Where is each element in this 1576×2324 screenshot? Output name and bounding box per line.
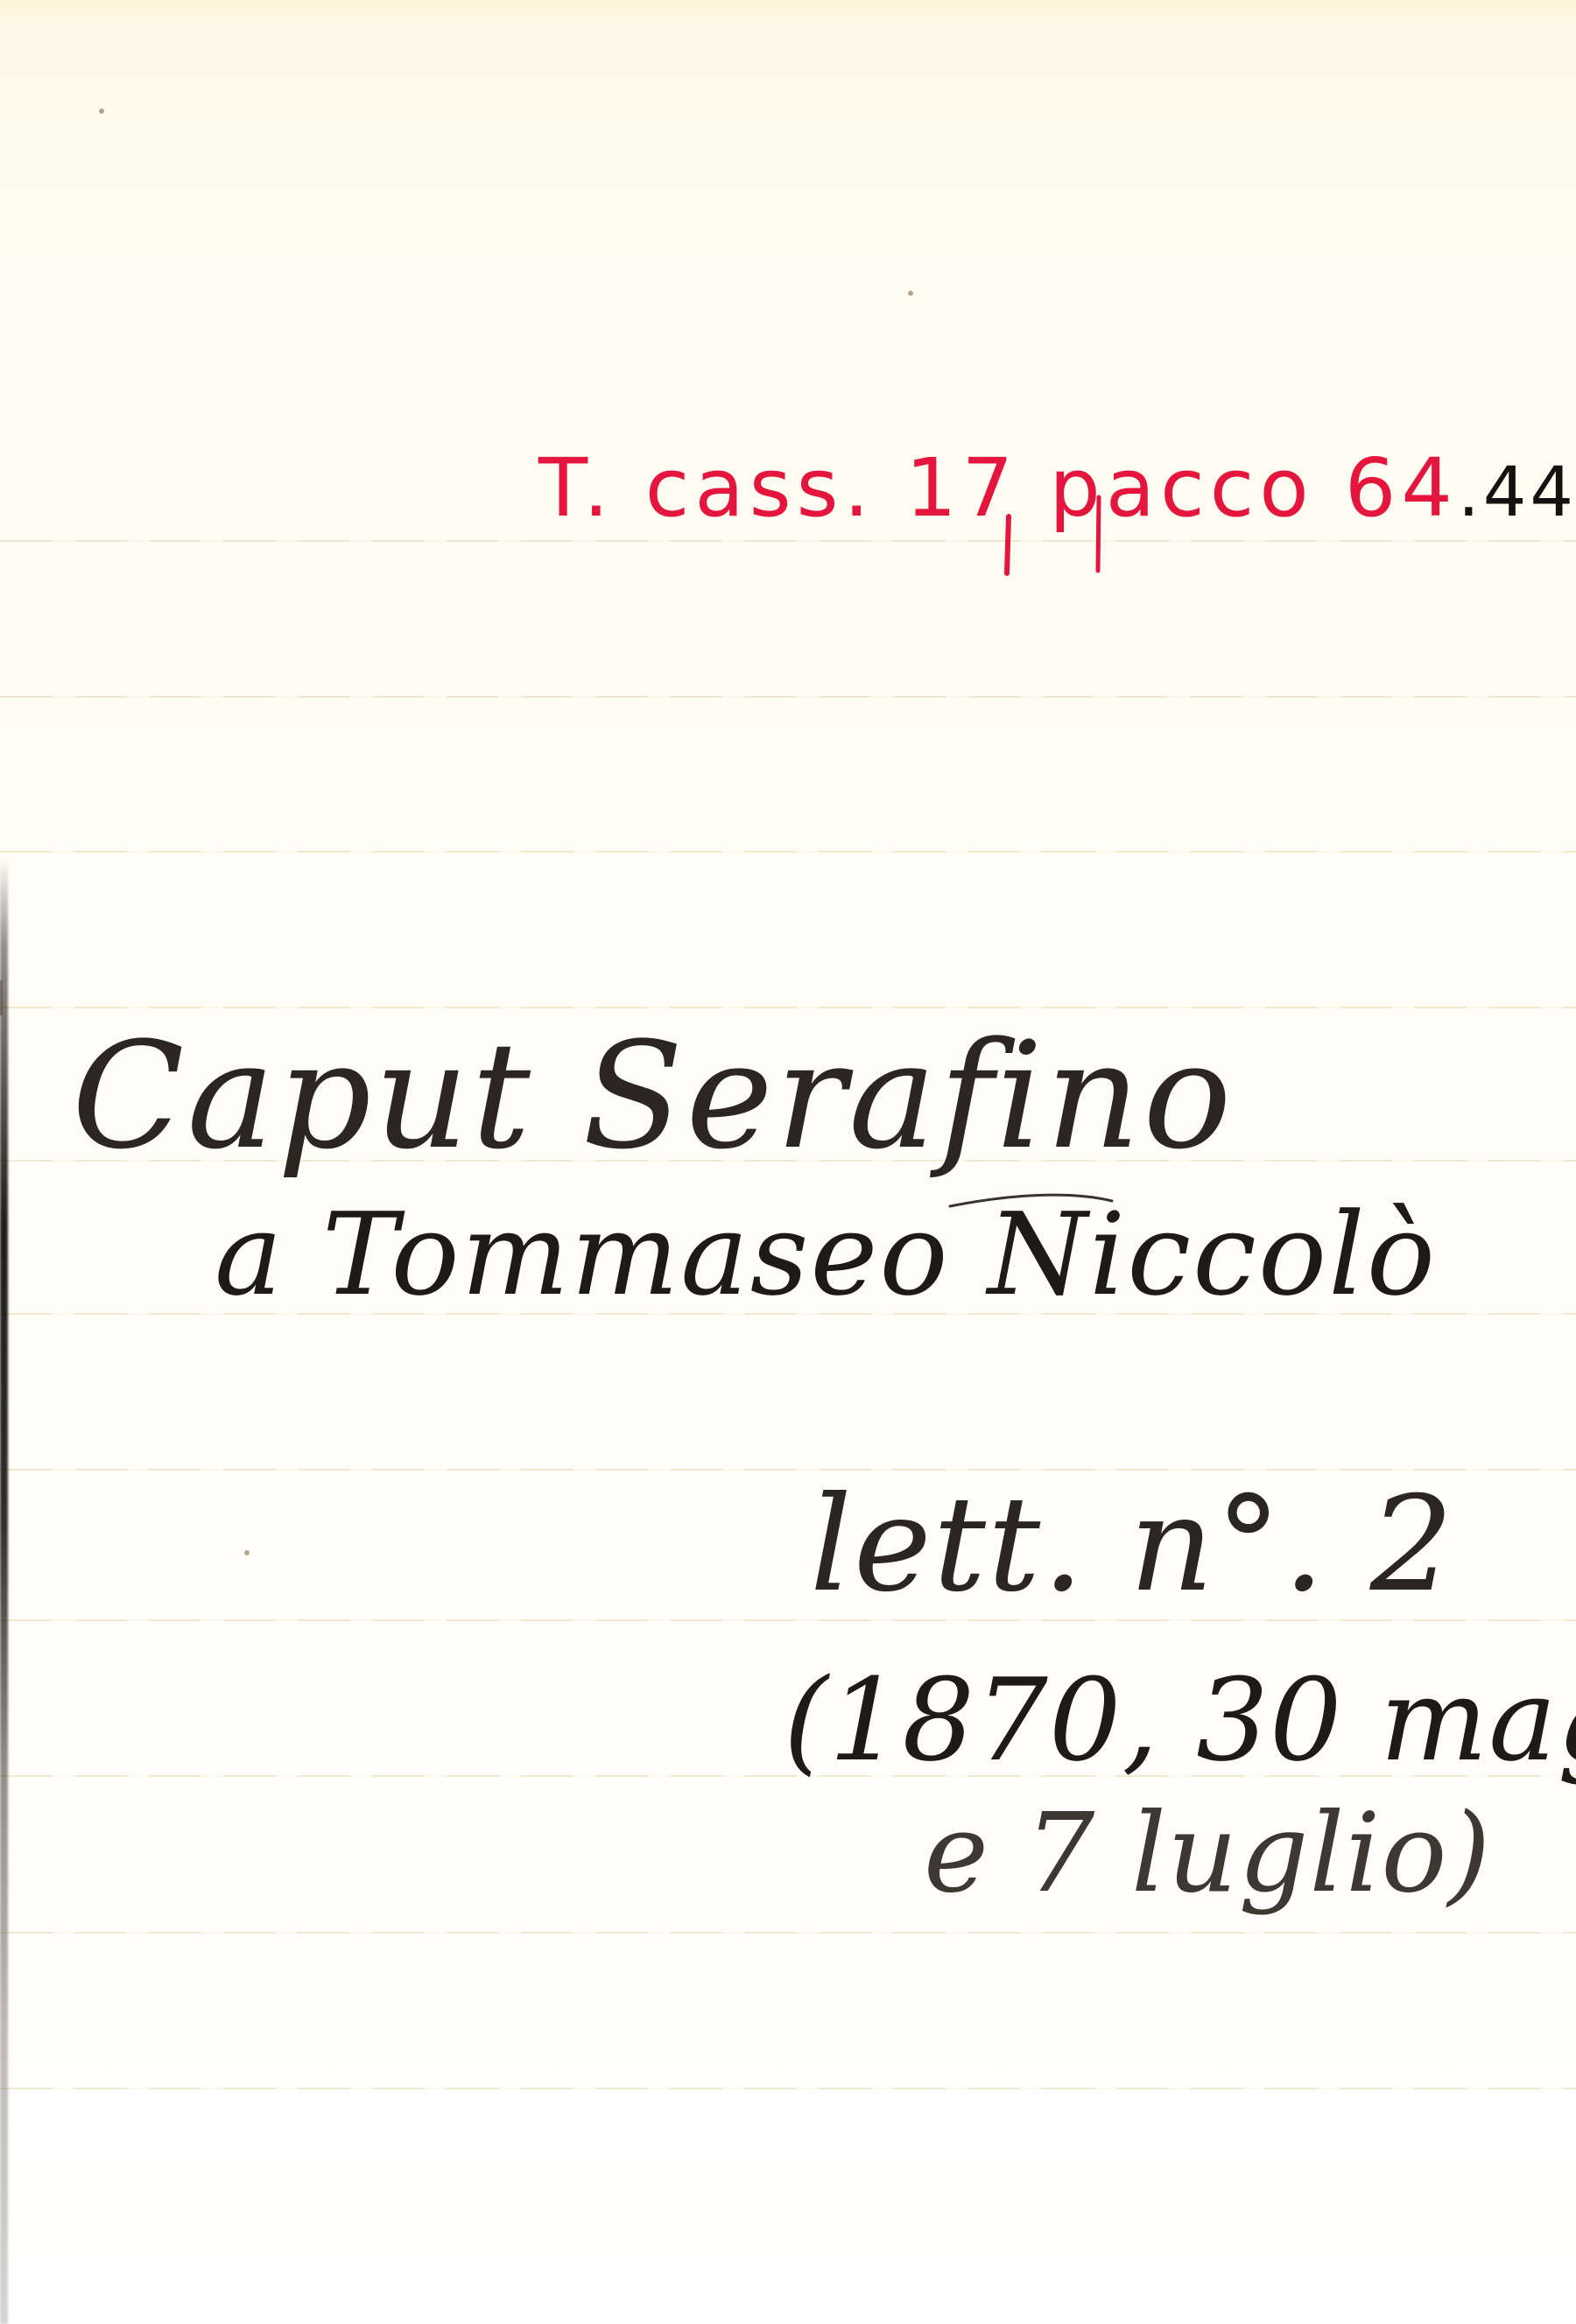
- date-line-2: e 7 luglio): [924, 1799, 1491, 1908]
- paper-speck: [908, 291, 913, 296]
- paper-speck: [244, 1550, 250, 1555]
- ruled-line: [0, 2088, 1576, 2089]
- recipient-name: a Tommaseo Niccolò: [215, 1197, 1437, 1311]
- page-edge-mark: [0, 980, 3, 1015]
- sender-name: Caput Serafino: [72, 1022, 1235, 1169]
- shelfmark-black: .44.: [1458, 453, 1576, 532]
- letters-count: lett. n°. 2: [810, 1479, 1455, 1611]
- page-edge-shadow: [0, 858, 8, 2324]
- ruled-line: [0, 1007, 1576, 1008]
- ruled-line: [0, 696, 1576, 698]
- paper-speck: [99, 109, 104, 114]
- catalogue-card: T. cass. 17 pacco 64.44. Caput Serafino …: [0, 0, 1576, 2324]
- ruled-line: [0, 1932, 1576, 1934]
- shelfmark-red: T. cass. 17 pacco 64: [538, 441, 1458, 535]
- date-line-1: (1870, 30 maggio: [784, 1663, 1576, 1777]
- ruled-line: [0, 851, 1576, 853]
- ruled-line: [0, 540, 1576, 542]
- shelfmark: T. cass. 17 pacco 64.44.: [538, 448, 1576, 529]
